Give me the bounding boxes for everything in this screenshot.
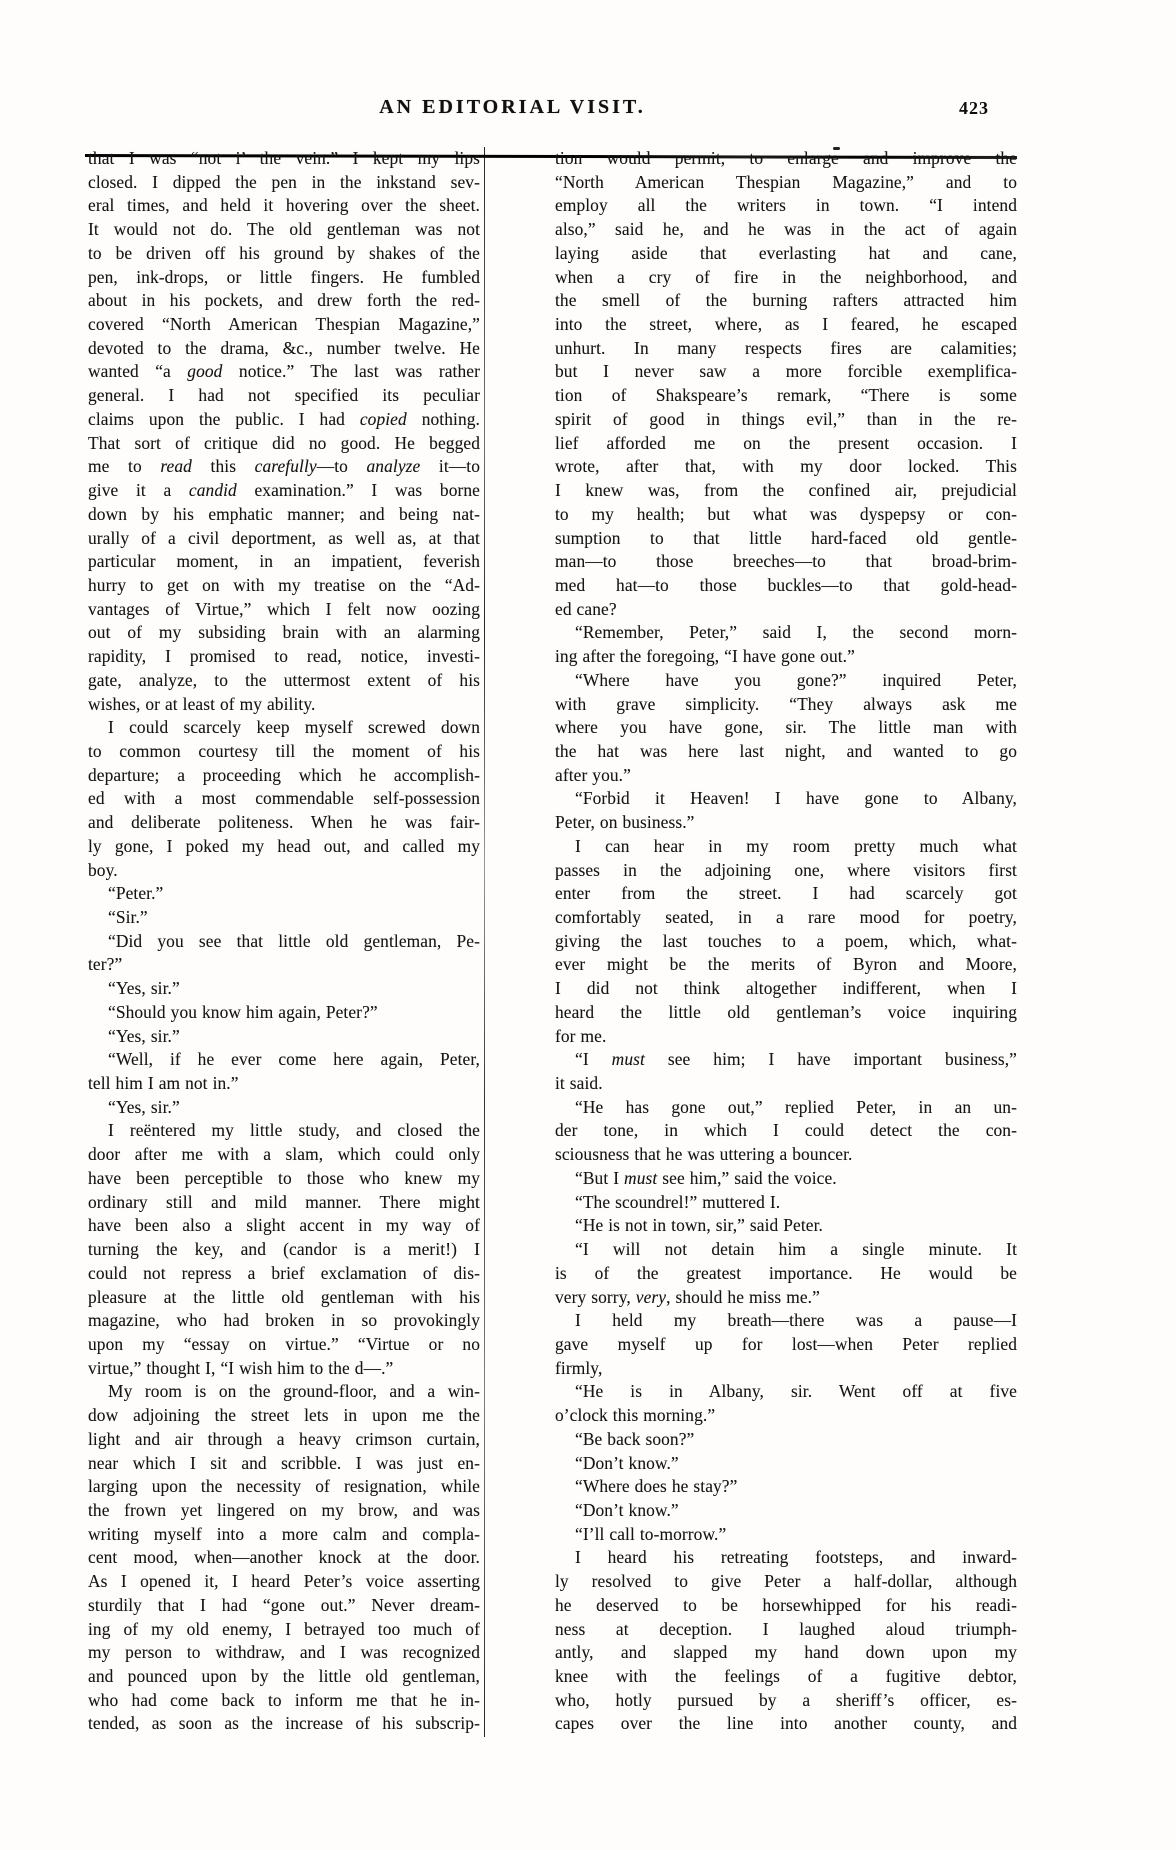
text-line: turning the key, and (candor is a merit!… — [88, 1238, 480, 1262]
text-line: but I never saw a more forcible exemplif… — [555, 360, 1017, 384]
text-line: I held my breath—there was a pause—I — [555, 1309, 1017, 1333]
text-line: “Where have you gone?” inquired Peter, — [555, 669, 1017, 693]
text-line: I reëntered my little study, and closed … — [88, 1119, 480, 1143]
scanned-page: AN EDITORIAL VISIT. 423 that I was “not … — [0, 0, 1176, 1850]
text-line: down by his emphatic manner; and being n… — [88, 503, 480, 527]
text-line: with grave simplicity. “They always ask … — [555, 693, 1017, 717]
text-line: “Sir.” — [88, 906, 480, 930]
text-line: wanted “a good notice.” The last was rat… — [88, 360, 480, 384]
text-line: ever might be the merits of Byron and Mo… — [555, 953, 1017, 977]
text-line: Peter, on business.” — [555, 811, 1017, 835]
text-line: for me. — [555, 1025, 1017, 1049]
text-line: into the street, where, as I feared, he … — [555, 313, 1017, 337]
text-line: “The scoundrel!” muttered I. — [555, 1191, 1017, 1215]
running-head: AN EDITORIAL VISIT. 423 — [88, 96, 1017, 130]
text-line: “Don’t know.” — [555, 1452, 1017, 1476]
text-line: “Be back soon?” — [555, 1428, 1017, 1452]
text-line: I could scarcely keep myself screwed dow… — [88, 716, 480, 740]
text-line: ly resolved to give Peter a half-dollar,… — [555, 1570, 1017, 1594]
text-line: antly, and slapped my hand down upon my — [555, 1641, 1017, 1665]
text-line: rapidity, I promised to read, notice, in… — [88, 645, 480, 669]
text-line: ed cane? — [555, 598, 1017, 622]
text-line: devoted to the drama, &c., number twelve… — [88, 337, 480, 361]
text-line: “Yes, sir.” — [88, 1025, 480, 1049]
page-body: that I was “not i’ the vein.” I kept my … — [88, 147, 1017, 1737]
text-line: the smell of the burning rafters attract… — [555, 289, 1017, 313]
text-line: “Yes, sir.” — [88, 1096, 480, 1120]
italic-text: must — [612, 1049, 645, 1069]
text-line: who, hotly pursued by a sheriff’s office… — [555, 1689, 1017, 1713]
text-line: man—to those breeches—to that broad-brim… — [555, 550, 1017, 574]
text-line: the hat was here last night, and wanted … — [555, 740, 1017, 764]
text-line: is of the greatest importance. He would … — [555, 1262, 1017, 1286]
text-line: departure; a proceeding which he accompl… — [88, 764, 480, 788]
page-number: 423 — [959, 98, 989, 119]
text-line: tion would permit, to enlarge and improv… — [555, 147, 1017, 171]
text-line: very sorry, very, should he miss me.” — [555, 1286, 1017, 1310]
text-line: As I opened it, I heard Peter’s voice as… — [88, 1570, 480, 1594]
text-line: gate, analyze, to the uttermost extent o… — [88, 669, 480, 693]
text-line: ordinary still and mild manner. There mi… — [88, 1191, 480, 1215]
text-line: firmly, — [555, 1357, 1017, 1381]
text-line: I can hear in my room pretty much what — [555, 835, 1017, 859]
text-line: passes in the adjoining one, where visit… — [555, 859, 1017, 883]
text-line: dow adjoining the street lets in upon me… — [88, 1404, 480, 1428]
text-line: light and air through a heavy crimson cu… — [88, 1428, 480, 1452]
text-line: o’clock this morning.” — [555, 1404, 1017, 1428]
text-line: “Yes, sir.” — [88, 977, 480, 1001]
text-line: have been perceptible to those who knew … — [88, 1167, 480, 1191]
text-line: tell him I am not in.” — [88, 1072, 480, 1096]
text-line: lief afforded me on the present occasion… — [555, 432, 1017, 456]
text-line: “I’ll call to-morrow.” — [555, 1523, 1017, 1547]
text-line: ness at deception. I laughed aloud trium… — [555, 1618, 1017, 1642]
text-line: eral times, and held it hovering over th… — [88, 194, 480, 218]
text-line: sciousness that he was uttering a bounce… — [555, 1143, 1017, 1167]
text-line: spirit of good in things evil,” than in … — [555, 408, 1017, 432]
text-line: unhurt. In many respects fires are calam… — [555, 337, 1017, 361]
text-line: door after me with a slam, which could o… — [88, 1143, 480, 1167]
text-line: It would not do. The old gentleman was n… — [88, 218, 480, 242]
text-line: comfortably seated, in a rare mood for p… — [555, 906, 1017, 930]
text-line: after you.” — [555, 764, 1017, 788]
text-line: pen, ink-drops, or little fingers. He fu… — [88, 266, 480, 290]
text-line: closed. I dipped the pen in the inkstand… — [88, 171, 480, 195]
text-line: magazine, who had broken in so provoking… — [88, 1309, 480, 1333]
text-line: My room is on the ground-floor, and a wi… — [88, 1380, 480, 1404]
text-line: claims upon the public. I had copied not… — [88, 408, 480, 432]
text-line: I heard his retreating footsteps, and in… — [555, 1546, 1017, 1570]
text-line: larging upon the necessity of resignatio… — [88, 1475, 480, 1499]
text-line: and pounced upon by the little old gentl… — [88, 1665, 480, 1689]
text-line: “Well, if he ever come here again, Peter… — [88, 1048, 480, 1072]
text-line: “Forbid it Heaven! I have gone to Albany… — [555, 787, 1017, 811]
text-line: could not repress a brief exclamation of… — [88, 1262, 480, 1286]
text-line: covered “North American Thespian Magazin… — [88, 313, 480, 337]
text-line: to my health; but what was dyspepsy or c… — [555, 503, 1017, 527]
text-line: heard the little old gentleman’s voice i… — [555, 1001, 1017, 1025]
text-line: he deserved to be horsewhipped for his r… — [555, 1594, 1017, 1618]
text-line: who had come back to inform me that he i… — [88, 1689, 480, 1713]
text-line: also,” said he, and he was in the act of… — [555, 218, 1017, 242]
text-line: “But I must see him,” said the voice. — [555, 1167, 1017, 1191]
text-line: der tone, in which I could detect the co… — [555, 1119, 1017, 1143]
text-line: I did not think altogether indifferent, … — [555, 977, 1017, 1001]
text-line: boy. — [88, 859, 480, 883]
text-line: “Remember, Peter,” said I, the second mo… — [555, 621, 1017, 645]
text-line: my person to withdraw, and I was recogni… — [88, 1641, 480, 1665]
text-line: general. I had not specified its peculia… — [88, 384, 480, 408]
column-divider-rule — [484, 147, 485, 1737]
text-line: it said. — [555, 1072, 1017, 1096]
text-line: “Should you know him again, Peter?” — [88, 1001, 480, 1025]
text-line: that I was “not i’ the vein.” I kept my … — [88, 147, 480, 171]
text-line: knee with the feelings of a fugitive deb… — [555, 1665, 1017, 1689]
text-line: virtue,” thought I, “I wish him to the d… — [88, 1357, 480, 1381]
text-line: med hat—to those buckles—to that gold-he… — [555, 574, 1017, 598]
text-line: wrote, after that, with my door locked. … — [555, 455, 1017, 479]
text-line: give it a candid examination.” I was bor… — [88, 479, 480, 503]
text-line: when a cry of fire in the neighborhood, … — [555, 266, 1017, 290]
italic-text: copied — [360, 409, 407, 429]
text-line: near which I sit and scribble. I was jus… — [88, 1452, 480, 1476]
text-line: pleasure at the little old gentleman wit… — [88, 1286, 480, 1310]
left-column: that I was “not i’ the vein.” I kept my … — [88, 147, 480, 1736]
text-line: I knew was, from the confined air, preju… — [555, 479, 1017, 503]
text-line: “He has gone out,” replied Peter, in an … — [555, 1096, 1017, 1120]
text-line: gave myself up for lost—when Peter repli… — [555, 1333, 1017, 1357]
text-line: laying aside that everlasting hat and ca… — [555, 242, 1017, 266]
text-line: giving the last touches to a poem, which… — [555, 930, 1017, 954]
text-line: “I must see him; I have important busine… — [555, 1048, 1017, 1072]
text-line: ing of my old enemy, I betrayed too much… — [88, 1618, 480, 1642]
text-line: ter?” — [88, 953, 480, 977]
text-line: where you have gone, sir. The little man… — [555, 716, 1017, 740]
text-line: the frown yet lingered on my brow, and w… — [88, 1499, 480, 1523]
text-line: sturdily that I had “gone out.” Never dr… — [88, 1594, 480, 1618]
page-title: AN EDITORIAL VISIT. — [88, 96, 937, 119]
text-line: capes over the line into another county,… — [555, 1712, 1017, 1736]
text-line: “Where does he stay?” — [555, 1475, 1017, 1499]
text-line: employ all the writers in town. “I inten… — [555, 194, 1017, 218]
text-line: about in his pockets, and drew forth the… — [88, 289, 480, 313]
text-line: me to read this carefully—to analyze it—… — [88, 455, 480, 479]
text-line: enter from the street. I had scarcely go… — [555, 882, 1017, 906]
text-line: and deliberate politeness. When he was f… — [88, 811, 480, 835]
text-line: ing after the foregoing, “I have gone ou… — [555, 645, 1017, 669]
text-line: wishes, or at least of my ability. — [88, 693, 480, 717]
text-line: “Did you see that little old gentleman, … — [88, 930, 480, 954]
text-line: hurry to get on with my treatise on the … — [88, 574, 480, 598]
text-line: upon my “essay on virtue.” “Virtue or no — [88, 1333, 480, 1357]
italic-text: read — [160, 456, 192, 476]
text-line: “I will not detain him a single minute. … — [555, 1238, 1017, 1262]
text-line: ly gone, I poked my head out, and called… — [88, 835, 480, 859]
text-line: ed with a most commendable self-possessi… — [88, 787, 480, 811]
text-line: cent mood, when—another knock at the doo… — [88, 1546, 480, 1570]
text-line: “He is in Albany, sir. Went off at five — [555, 1380, 1017, 1404]
text-line: sumption to that little hard-faced old g… — [555, 527, 1017, 551]
right-column: tion would permit, to enlarge and improv… — [555, 147, 1017, 1736]
text-line: “North American Thespian Magazine,” and … — [555, 171, 1017, 195]
text-line: vantages of Virtue,” which I felt now oo… — [88, 598, 480, 622]
italic-text: very — [636, 1287, 666, 1307]
italic-text: analyze — [367, 456, 421, 476]
text-line: to common courtesy till the moment of hi… — [88, 740, 480, 764]
italic-text: carefully — [255, 456, 317, 476]
text-line: “He is not in town, sir,” said Peter. — [555, 1214, 1017, 1238]
italic-text: candid — [189, 480, 237, 500]
text-line: tended, as soon as the increase of his s… — [88, 1712, 480, 1736]
text-line: out of my subsiding brain with an alarmi… — [88, 621, 480, 645]
text-line: “Peter.” — [88, 882, 480, 906]
text-line: to be driven off his ground by shakes of… — [88, 242, 480, 266]
italic-text: good — [187, 361, 222, 381]
text-line: That sort of critique did no good. He be… — [88, 432, 480, 456]
text-line: tion of Shakspeare’s remark, “There is s… — [555, 384, 1017, 408]
text-line: “Don’t know.” — [555, 1499, 1017, 1523]
italic-text: must — [624, 1168, 657, 1188]
text-line: have been also a slight accent in my way… — [88, 1214, 480, 1238]
text-line: writing myself into a more calm and comp… — [88, 1523, 480, 1547]
text-line: particular moment, in an impatient, feve… — [88, 550, 480, 574]
text-line: urally of a civil deportment, as well as… — [88, 527, 480, 551]
